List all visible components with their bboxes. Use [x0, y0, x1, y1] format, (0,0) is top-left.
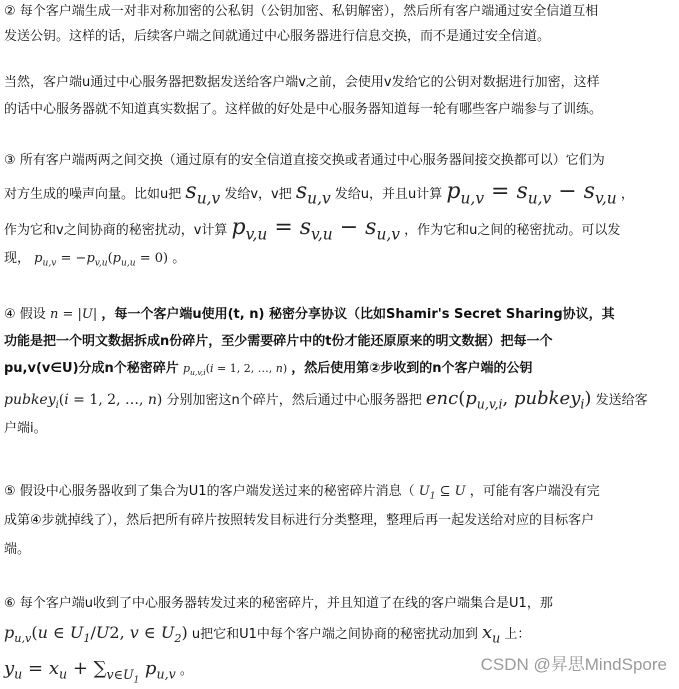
math-relation: pu,v = −pv,u(pu,u = 0) [34, 251, 168, 266]
para6-text: u把它和U1中每个客户端之间协商的秘密扰动加到 [192, 627, 478, 642]
para2b-line2: 的话中心服务器就不知道真实数据了。这样做的好处是中心服务器知道每一轮有哪些客户端… [4, 101, 602, 119]
para3-text: 作为它和v之间协商的秘密扰动，v计算 [4, 223, 227, 238]
para6-text: 。 [180, 663, 193, 678]
para4-line5: 户端i。 [4, 420, 47, 438]
para3-line4: 现， pu,v = −pv,u(pu,u = 0) 。 [4, 250, 185, 273]
para4-text: ，然后使用第②步收到的n个客户端的公钥 [291, 361, 532, 376]
para4-line1: ④ 假设 n = |U| ，每一个客户端u使用(t, n) 秘密分享协议（比如S… [4, 306, 615, 324]
para3-line1: ③ 所有客户端两两之间交换（通过原有的安全信道直接交换或者通过中心服务器间接交换… [4, 152, 605, 170]
para4-text: 分别加密这n个碎片，然后通过中心服务器把 [167, 393, 422, 408]
math-p-vu-def: pv,u = sv,u − su,v [232, 215, 400, 240]
para3-text: 对方生成的噪声向量。比如u把 [4, 187, 181, 202]
para2-line2: 发送公钥。这样的话，后续客户端之间就通过中心服务器进行信息交换，而不是通过安全信… [4, 28, 550, 46]
csdn-watermark: CSDN @昇思MindSpore [481, 650, 667, 675]
para6-line1: ⑥ 每个客户端u收到了中心服务器转发过来的秘密碎片，并且知道了在线的客户端集合是… [4, 595, 553, 613]
para3-line2: 对方生成的噪声向量。比如u把 su,v 发给v，v把 su,v 发给u，并且u计… [4, 178, 634, 212]
para4-line4: pubkeyi(i = 1, 2, …, n) 分别加密这n个碎片，然后通过中心… [4, 388, 648, 417]
para4-text: ，每一个客户端u使用(t, n) 秘密分享协议（比如Shamir's Secre… [101, 307, 614, 322]
math-p-uv-def: pu,v = su,v − sv,u [446, 179, 616, 204]
para5-text: ⑤ 假设中心服务器收到了集合为U1的客户端发送过来的秘密碎片消息（ [4, 484, 415, 499]
para5-line1: ⑤ 假设中心服务器收到了集合为U1的客户端发送过来的秘密碎片消息（ U1 ⊆ U… [4, 483, 600, 506]
math-y-u: yu = xu + ∑v∈U1 pu,v [4, 658, 176, 679]
math-s-uv: su,v [185, 179, 220, 204]
para4-line2: 功能是把一个明文数据拆成n份碎片，至少需要碎片中的t份才能还原原来的明文数据）把… [4, 333, 552, 351]
math-p-uv-sets: pu,v(u ∈ U1/U2, v ∈ U2) [4, 623, 188, 642]
para4-text: ④ 假设 [4, 307, 46, 322]
para5-line3: 端。 [4, 541, 30, 559]
para6-line3: yu = xu + ∑v∈U1 pu,v 。 [4, 655, 193, 689]
para3-text: 现， [4, 251, 30, 266]
para5-line2: 成第④步就掉线了），然后把所有碎片按照转发目标进行分类整理，整理后再一起发送给对… [4, 512, 594, 530]
math-fragments: pu,v,i(i = 1, 2, …, n) [183, 362, 287, 375]
math-n: n = |U| [50, 307, 97, 322]
para4-line3: pu,v(v∈U)分成n个秘密碎片 pu,v,i(i = 1, 2, …, n)… [4, 360, 533, 382]
para2-line1: ② 每个客户端生成一对非对称加密的公私钥（公钥加密、私钥解密），然后所有客户端通… [4, 3, 598, 21]
para6-line2: pu,v(u ∈ U1/U2, v ∈ U2) u把它和U1中每个客户端之间协商… [4, 620, 530, 652]
math-s-uv: su,v [296, 179, 331, 204]
para3-text: ， [621, 187, 634, 202]
math-enc: enc(pu,v,i, pubkeyi) [426, 388, 592, 409]
para3-text: ，作为它和u之间的秘密扰动。可以发 [404, 223, 620, 238]
para3-text: 发给u，并且u计算 [335, 187, 442, 202]
math-pubkey: pubkeyi(i = 1, 2, …, n) [4, 392, 162, 408]
para3-line3: 作为它和v之间协商的秘密扰动，v计算 pv,u = sv,u − su,v ，作… [4, 214, 620, 248]
math-x-u: xu [482, 622, 500, 643]
math-subset: U1 ⊆ U [419, 484, 466, 499]
para4-text: 发送给客 [596, 393, 648, 408]
para6-text: 上： [504, 627, 530, 642]
para2b-line1: 当然，客户端u通过中心服务器把数据发送给客户端v之前，会使用v发给它的公钥对数据… [4, 74, 600, 92]
para3-text: 。 [172, 251, 185, 266]
para5-text: ，可能有客户端没有完 [470, 484, 600, 499]
para4-text: pu,v(v∈U)分成n个秘密碎片 [4, 361, 179, 376]
para3-text: 发给v，v把 [224, 187, 291, 202]
